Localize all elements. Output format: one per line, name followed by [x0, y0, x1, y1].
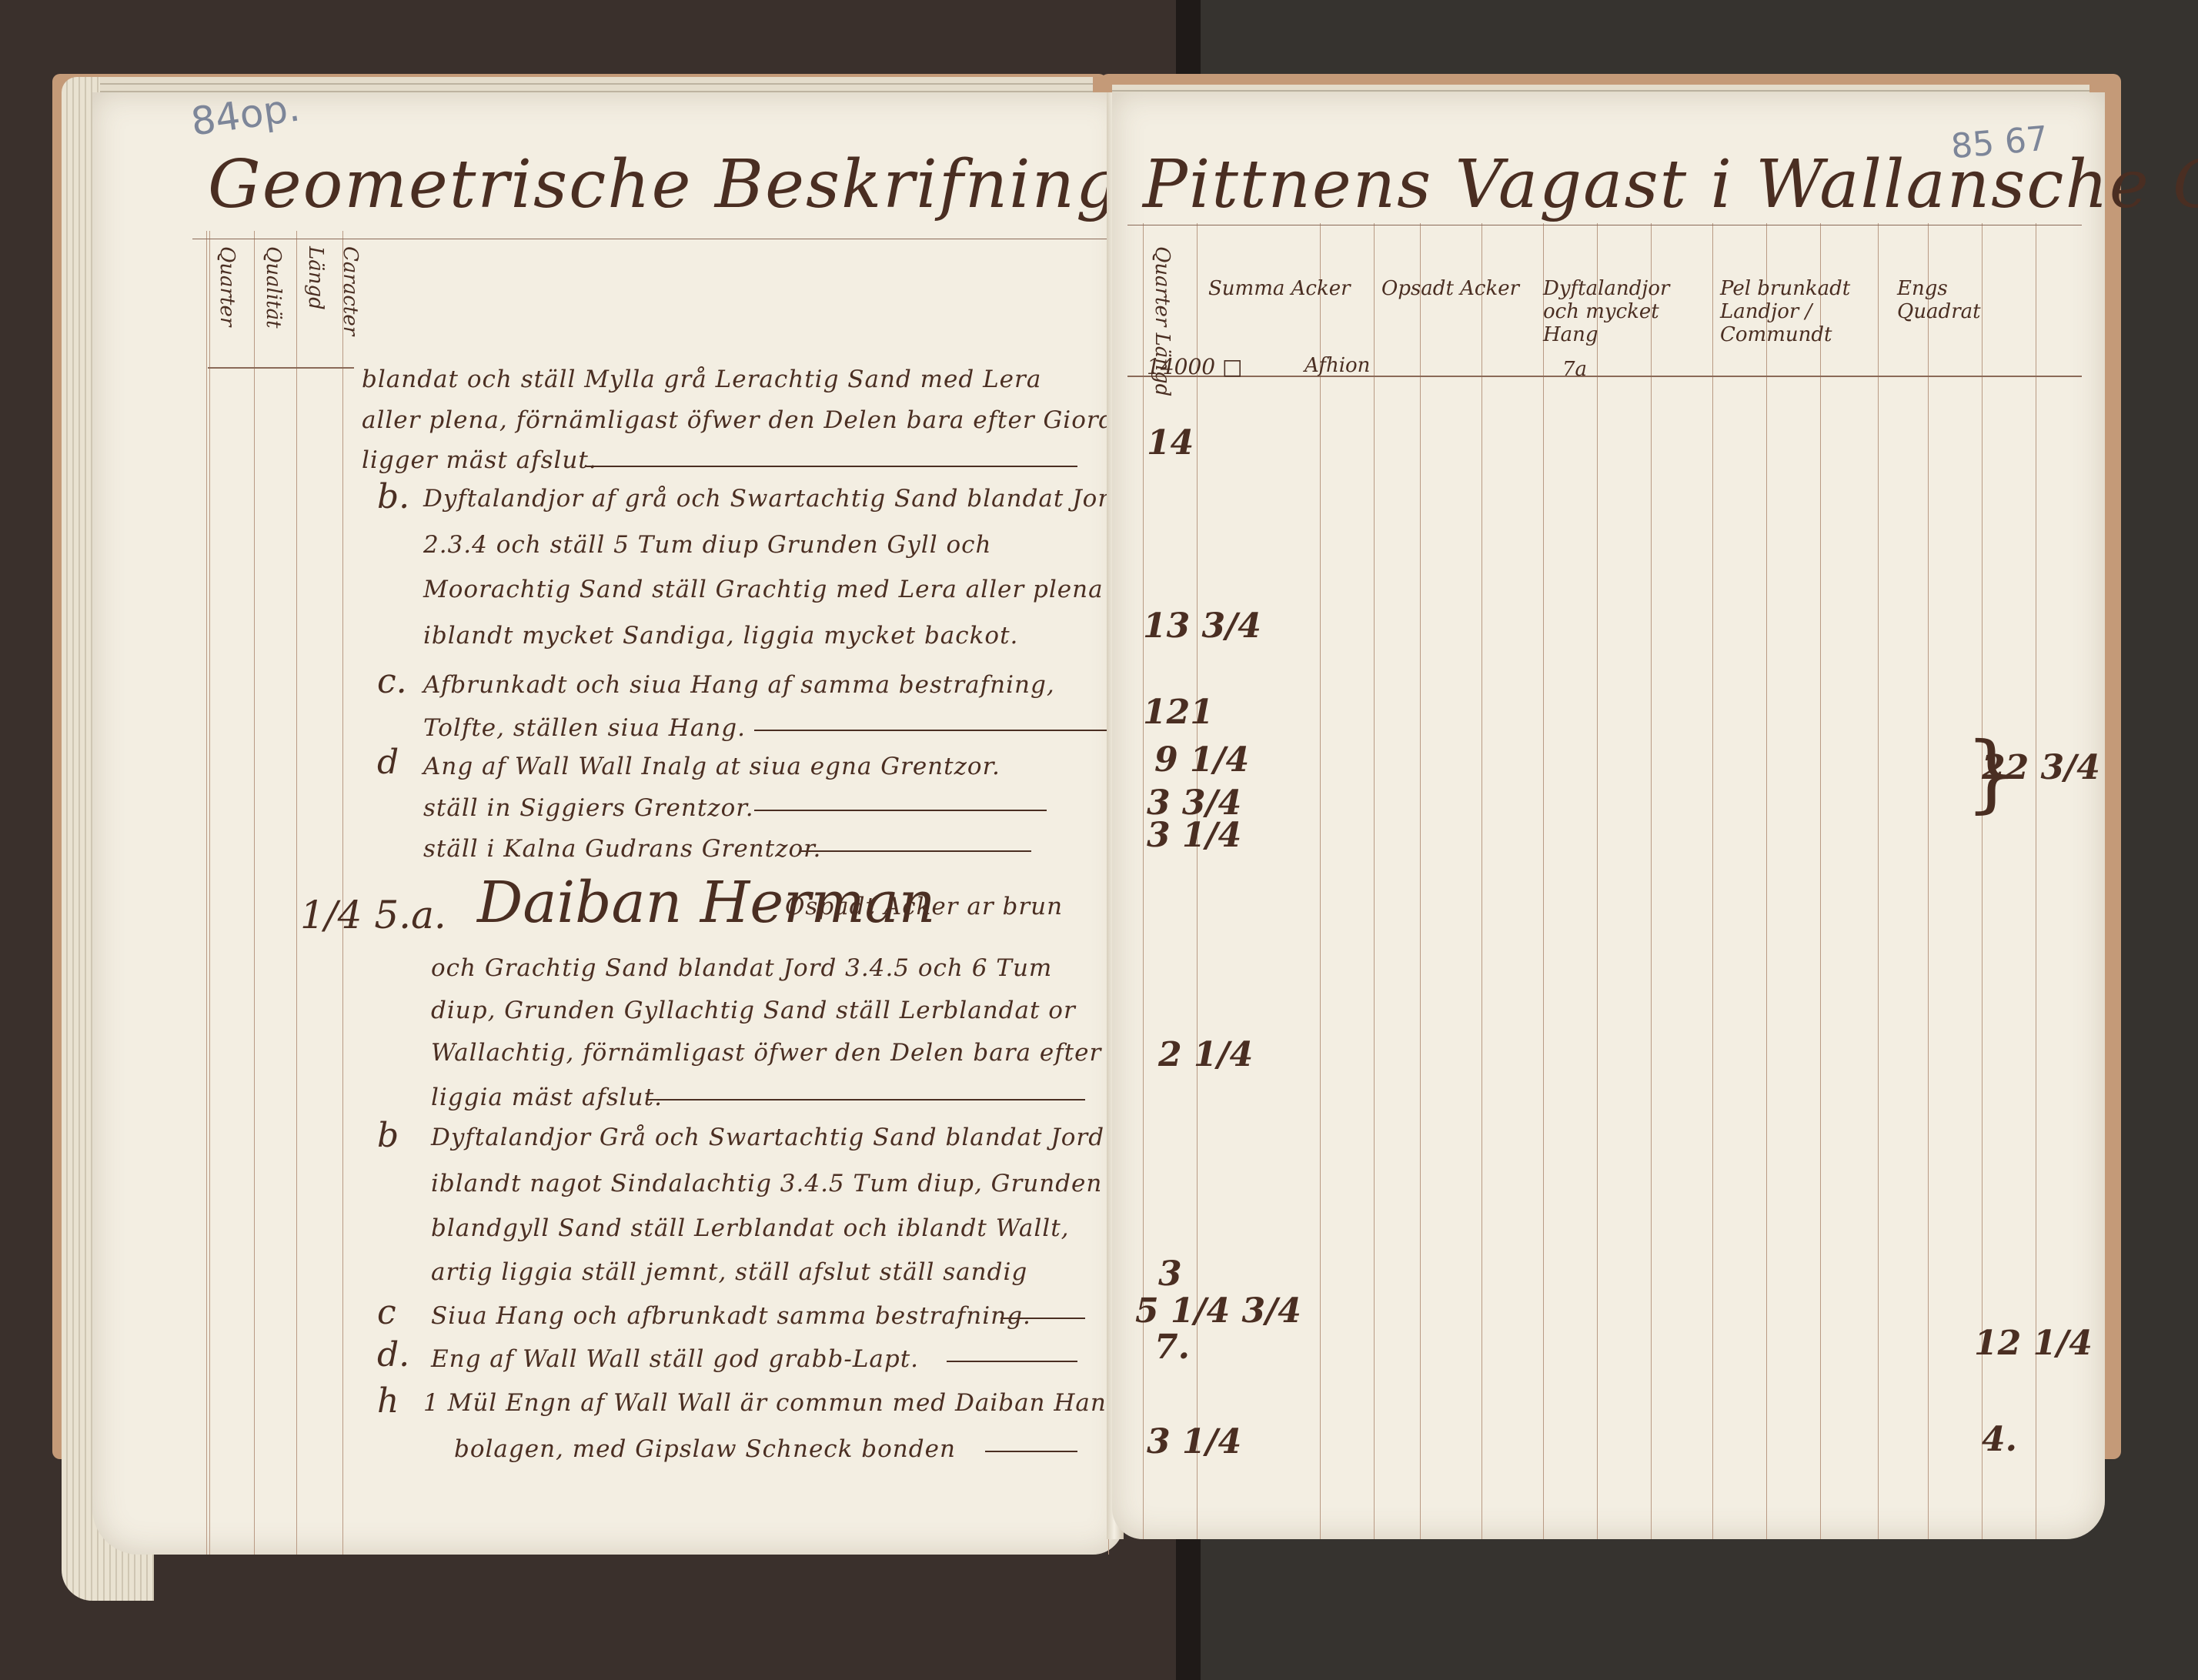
entry-text-line: Dyftalandjor Grå och Swartachtig Sand bl…	[431, 1124, 1104, 1151]
column-header-opsadt-acker: Opsadt Acker	[1381, 277, 1519, 300]
header-rule	[208, 367, 354, 369]
column-header-summa-acker: Summa Acker	[1208, 277, 1351, 300]
entry-text-line: artig liggia ställ jemnt, ställ afslut s…	[431, 1258, 1027, 1286]
entry-text-line: Wallachtig, förnämligast öfwer den Delen…	[431, 1039, 1213, 1067]
right-page: Pittnens Vagast i Wallansche Gebiet. 85 …	[1112, 92, 2105, 1539]
area-value: 14	[1147, 423, 1194, 463]
pencil-folio-number: 84op.	[189, 85, 303, 144]
column-rule	[1197, 223, 1198, 1539]
column-rule	[1320, 223, 1321, 1539]
entry-text-line: ligger mäst afslut.	[362, 446, 597, 474]
entry-text-line: Moorachtig Sand ställ Grachtig med Lera …	[423, 576, 1104, 603]
column-rule	[1928, 223, 1929, 1539]
area-value: 121	[1143, 693, 1214, 732]
entry-text-line: blandat och ställ Mylla grå Lerachtig Sa…	[362, 366, 1041, 393]
entry-marker: b	[377, 1116, 399, 1155]
eng-value: 12 1/4	[1974, 1324, 2093, 1363]
column-rule	[296, 231, 297, 1555]
entry-text-line: Ang af Wall Wall Inalg at siua egna Gren…	[423, 753, 1000, 780]
fill-line	[985, 1451, 1077, 1452]
column-header-quarter: Quarter	[215, 246, 239, 326]
column-rule	[1143, 223, 1144, 1539]
fill-line	[800, 850, 1031, 852]
entry-text-line: ställ in Siggiers Grentzor.	[423, 794, 754, 822]
column-rule	[254, 231, 255, 1555]
fill-line	[1000, 1318, 1085, 1319]
column-rule	[1878, 223, 1879, 1539]
header-rule	[1127, 376, 2082, 377]
column-rule	[1651, 223, 1652, 1539]
entry-text-line: ställ i Kalna Gudrans Grentzor.	[423, 835, 821, 863]
header-rule	[1127, 225, 2082, 225]
area-value: 3	[1158, 1254, 1182, 1294]
column-header-engs-quadrat: Engs Quadrat	[1897, 277, 1997, 323]
entry-text-line: och Grachtig Sand blandat Jord 3.4.5 och…	[431, 954, 1052, 982]
area-value: 7.	[1154, 1328, 1190, 1367]
scale-value: 14000 □	[1147, 354, 1242, 379]
entry-marker: b.	[377, 477, 409, 516]
entry-text-line: liggia mäst afslut.	[431, 1084, 663, 1111]
area-value: 3 1/4	[1147, 1422, 1241, 1461]
area-value: 9 1/4	[1154, 740, 1249, 780]
area-value: 2 1/4	[1158, 1035, 1253, 1074]
area-value: 5 1/4 3/4	[1135, 1291, 1301, 1331]
column-header-caracter: Caracter	[339, 246, 362, 336]
entry-text-line: Dyftalandjor af grå och Swartachtig Sand…	[423, 485, 1126, 513]
column-header-qualitat: Qualität	[262, 246, 285, 329]
entry-text-line: Eng af Wall Wall ställ god grabb-Lapt.	[431, 1345, 919, 1373]
acker-note: Afhion	[1304, 354, 1370, 377]
column-rule	[206, 231, 210, 1555]
column-header-pel-brunkadt: Pel brunkadt Landjor / Commundt	[1720, 277, 1874, 346]
entry-text-line: Tolfte, ställen siua Hang.	[423, 714, 746, 742]
area-value: 13 3/4	[1143, 606, 1261, 646]
entry-text-line: Afbrunkadt och siua Hang af samma bestra…	[423, 671, 1055, 699]
entry-text-line: blandgyll Sand ställ Lerblandat och ibla…	[431, 1214, 1070, 1242]
column-rule	[1374, 223, 1375, 1539]
eng-total-value: 22 3/4	[1982, 748, 2100, 787]
pencil-folio-number: 85 67	[1949, 119, 2049, 167]
entry-text-line: 2.3.4 och ställ 5 Tum diup Grunden Gyll …	[423, 531, 991, 559]
column-header-langd: Längd	[304, 246, 327, 310]
column-rule	[1543, 223, 1544, 1539]
column-rule	[1597, 223, 1598, 1539]
column-rule	[1481, 223, 1482, 1539]
eng-value: 4.	[1982, 1420, 2017, 1459]
column-rule	[1420, 223, 1421, 1539]
column-header-dyftalandjor: Dyftalandjor och mycket Hang	[1543, 277, 1705, 346]
header-rule	[192, 239, 1116, 239]
column-mark: 7a	[1562, 358, 1587, 381]
column-rule	[1766, 223, 1767, 1539]
entry-marker: c	[377, 1293, 396, 1332]
column-rule	[1820, 223, 1821, 1539]
fill-line	[754, 810, 1047, 811]
fill-line	[754, 730, 1108, 731]
area-value: 3 1/4	[1147, 816, 1241, 855]
entry-marker: 1/4 5.a.	[300, 893, 446, 937]
fill-line	[646, 1099, 1085, 1101]
left-page: 84op. Geometrische Beskrifning öfwer Qua…	[92, 92, 1124, 1555]
entry-text-line: Siua Hang och afbrunkadt samma bestrafni…	[431, 1302, 1031, 1330]
entry-marker: d	[377, 743, 399, 782]
entry-text-line: aller plena, förnämligast öfwer den Dele…	[362, 406, 1138, 434]
entry-text-line: iblandt mycket Sandiga, liggia mycket ba…	[423, 622, 1018, 650]
entry-text-line: diup, Grunden Gyllachtig Sand ställ Lerb…	[431, 997, 1076, 1024]
entry-text-line: Ospadt Acker ar brun	[785, 893, 1063, 920]
entry-marker: h	[377, 1381, 399, 1421]
fill-line	[585, 466, 1077, 467]
entry-marker: d.	[377, 1335, 409, 1374]
entry-marker: c.	[377, 662, 407, 701]
fill-line	[947, 1361, 1077, 1362]
column-rule	[1712, 223, 1713, 1539]
entry-text-line: iblandt nagot Sindalachtig 3.4.5 Tum diu…	[431, 1170, 1102, 1197]
entry-text-line: 1 Mül Engn af Wall Wall är commun med Da…	[423, 1389, 1120, 1417]
entry-text-line: bolagen, med Gipslaw Schneck bonden	[454, 1435, 956, 1463]
